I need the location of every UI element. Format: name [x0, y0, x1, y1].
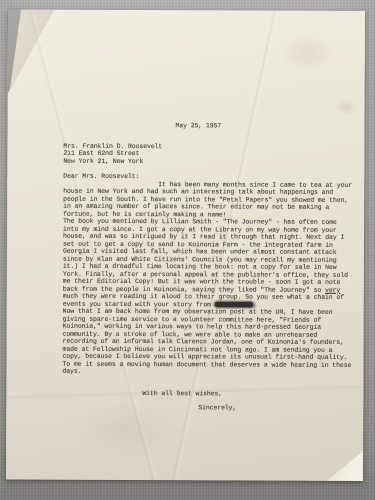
recipient-city: New York 21, New York — [63, 157, 355, 166]
paragraph-2: The book you mentioned by Lillian Smith … — [63, 218, 355, 309]
signoff-line: Sincerely, — [198, 404, 354, 412]
ink-redaction — [215, 301, 253, 306]
typed-letter: May 25, 1957 Mrs. Franklin D. Roosevelt … — [62, 122, 355, 413]
paragraph-2-text-after: much they were reading it aloud to their… — [63, 293, 344, 308]
paragraph-1: It has been many months since I came to … — [63, 180, 355, 219]
closing-line: With all best wishes, — [142, 390, 354, 398]
paragraph-3: Now that I am back home from my observat… — [62, 308, 354, 377]
underlined-word: very — [325, 286, 340, 293]
folded-corner-bottom-right — [327, 451, 363, 481]
recipient-address-block: Mrs. Franklin D. Roosevelt 211 East 62nd… — [63, 142, 355, 166]
paragraph-2-text: The book you mentioned by Lillian Smith … — [63, 218, 348, 294]
letter-paper: May 25, 1957 Mrs. Franklin D. Roosevelt … — [6, 9, 365, 481]
letter-date: May 25, 1957 — [175, 122, 355, 130]
photo-background: May 25, 1957 Mrs. Franklin D. Roosevelt … — [0, 0, 375, 500]
